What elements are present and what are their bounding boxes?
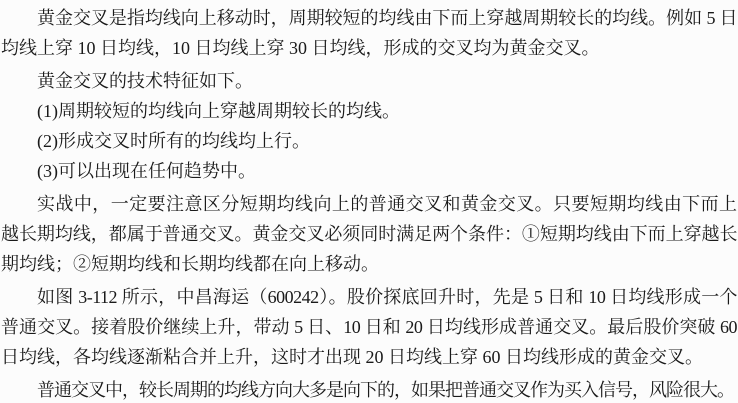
text-line-feature-2: (2)形成交叉时所有的均线均上行。 (1, 126, 737, 156)
text-line: 如图 3-112 所示，中昌海运（600242）。股价探底回升时，先是 5 日和… (1, 282, 737, 312)
paragraph-golden-cross-definition: 黄金交叉是指均线向上移动时，周期较短的均线由下而上穿越周期较长的均线。例如 5 … (1, 3, 737, 63)
text-line: 日均线，各均线逐渐粘合并上升，这时才出现 20 日均线上穿 60 日均线形成的黄… (1, 342, 737, 372)
text-line: 均线上穿 10 日均线，10 日均线上穿 30 日均线，形成的交叉均为黄金交叉。 (1, 33, 737, 63)
text-line-feature-3: (3)可以出现在任何趋势中。 (1, 156, 737, 186)
text-line: 黄金交叉的技术特征如下。 (1, 66, 737, 96)
text-line: 期均线；②短期均线和长期均线都在向上移动。 (1, 249, 737, 279)
document-page: 黄金交叉是指均线向上移动时，周期较短的均线由下而上穿越周期较长的均线。例如 5 … (0, 0, 738, 403)
paragraph-technical-features: 黄金交叉的技术特征如下。 (1)周期较短的均线向上穿越周期较长的均线。 (2)形… (1, 66, 737, 186)
text-line-feature-1: (1)周期较短的均线向上穿越周期较长的均线。 (1, 96, 737, 126)
text-line: 实战中，一定要注意区分短期均线向上的普通交叉和黄金交叉。只要短期均线由下而上穿 (1, 189, 737, 219)
text-line: 黄金交叉是指均线向上移动时，周期较短的均线由下而上穿越周期较长的均线。例如 5 … (1, 3, 737, 33)
paragraph-risk-warning: 普通交叉中，较长周期的均线方向大多是向下的，如果把普通交叉作为买入信号，风险很大… (1, 375, 737, 403)
paragraph-example-600242: 如图 3-112 所示，中昌海运（600242）。股价探底回升时，先是 5 日和… (1, 282, 737, 372)
text-line: 越长期均线，都属于普通交叉。黄金交叉必须同时满足两个条件：①短期均线由下而上穿越… (1, 219, 737, 249)
text-line: 普通交叉中，较长周期的均线方向大多是向下的，如果把普通交叉作为买入信号，风险很大… (1, 375, 737, 403)
paragraph-practical-distinction: 实战中，一定要注意区分短期均线向上的普通交叉和黄金交叉。只要短期均线由下而上穿 … (1, 189, 737, 279)
text-line: 普通交叉。接着股价继续上升，带动 5 日、10 日和 20 日均线形成普通交叉。… (1, 312, 737, 342)
